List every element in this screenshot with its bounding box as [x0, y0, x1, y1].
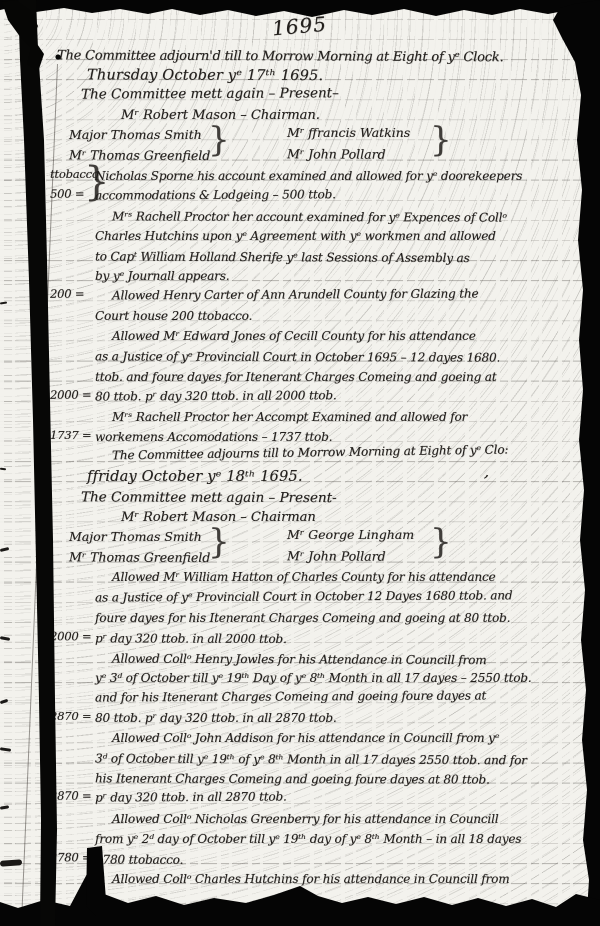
manuscript-line-text: ttob. and foure dayes for Itenerant Char… [95, 370, 496, 384]
manuscript-line-text: Allowed Collᵒ Charles Hutchins for his a… [112, 872, 509, 886]
manuscript-line: 2000 =pʳ day 320 ttob. in all 2000 ttob. [0, 627, 588, 649]
manuscript-line-text: The Committee mett again – Present– [81, 85, 339, 102]
manuscript-line-text: and for his Itenerant Charges Comeing an… [95, 688, 486, 704]
manuscript-line: Mʳˢ Rachell Proctor her Accompt Examined… [0, 406, 588, 426]
manuscript-line-text: 80 ttob. pʳ day 320 ttob. in all 2000 tt… [95, 388, 337, 403]
manuscript-line-text: Court house 200 ttobacco. [95, 309, 252, 323]
manuscript-line: Allowed Collᵒ John Addison for his atten… [0, 727, 588, 747]
manuscript-lines: The Committee adjourn'd till to Morrow M… [0, 44, 588, 888]
manuscript-line-text: pʳ day 320 ttob. in all 2000 ttob. [95, 631, 287, 646]
manuscript-line: foure dayes for his Itenerant Charges Co… [0, 607, 588, 627]
manuscript-line-text: Mʳˢ Rachell Proctor her Accompt Examined… [112, 410, 467, 424]
margin-amount: 200 = [50, 287, 84, 301]
manuscript-line-text: Allowed Mʳ Edward Jones of Cecill County… [112, 329, 476, 343]
manuscript-line-text: as a Justice of yᵉ Provinciall Court in … [95, 350, 500, 365]
margin-amount: 2780 = [50, 850, 91, 864]
margin-amount: 500 = [50, 186, 84, 200]
manuscript-line: 2870 =80 ttob. pʳ day 320 ttob. in all 2… [0, 707, 588, 727]
manuscript-line-text: 2780 ttobacco. [95, 852, 183, 866]
margin-amount: 1737 = [50, 428, 91, 442]
manuscript-line: 2870 =pʳ day 320 ttob. in all 2870 ttob. [0, 784, 588, 807]
attendee-names-row: Major Thomas SmithMʳ ffrancis Watkins}} [0, 124, 588, 144]
margin-amount: 2000 = [50, 629, 91, 643]
attendee-name: Mʳ George Lingham [287, 527, 414, 542]
manuscript-line-text: Nicholas Sporne his account examined and… [95, 169, 522, 183]
manuscript-line: 200 =Allowed Henry Carter of Ann Arundel… [0, 282, 588, 305]
attendee-name: Major Thomas Smith [69, 127, 202, 142]
manuscript-line: and for his Itenerant Charges Comeing an… [0, 684, 588, 707]
manuscript-line: Allowed Mʳ Edward Jones of Cecill County… [0, 325, 588, 345]
margin-amount: 2870 = [50, 789, 91, 803]
manuscript-line-text: accommodations & Lodgeing – 500 ttob. [95, 187, 336, 202]
manuscript-line: as a Justice of yᵉ Provinciall Court in … [0, 583, 588, 606]
manuscript-line-text: pʳ day 320 ttob. in all 2870 ttob. [95, 790, 287, 805]
scanned-manuscript-page: 1695 The Committee adjourn'd till to Mor… [0, 0, 600, 926]
manuscript-line-text: 3ᵈ of October till yᵉ 19ᵗʰ of yᵉ 8ᵗʰ Mon… [95, 752, 527, 768]
manuscript-line-text: Allowed Collᵒ Henry Jowles for his Atten… [112, 651, 487, 667]
manuscript-line: as a Justice of yᵉ Provinciall Court in … [0, 345, 588, 367]
attendee-name: Mʳ John Pollard [287, 549, 386, 564]
manuscript-line: 2000 =80 ttob. pʳ day 320 ttob. in all 2… [0, 383, 588, 406]
manuscript-line-text: foure dayes for his Itenerant Charges Co… [95, 611, 510, 625]
margin-amount: 2870 = [50, 709, 91, 723]
attendee-name: Major Thomas Smith [69, 529, 202, 544]
manuscript-line-text: from yᵉ 2ᵈ day of October till yᵉ 19ᵗʰ d… [95, 832, 521, 846]
manuscript-line-text: Charles Hutchins upon yᵉ Agreement with … [95, 229, 496, 243]
manuscript-line: Court house 200 ttobacco. [0, 305, 588, 325]
manuscript-line-text: as a Justice of yᵉ Provinciall Court in … [95, 588, 512, 604]
manuscript-line: The Committee mett again – Present- [0, 486, 588, 508]
manuscript-line-text: Allowed Collᵒ John Addison for his atten… [112, 731, 499, 745]
manuscript-line-text: Allowed Mʳ William Hatton of Charles Cou… [112, 570, 496, 584]
manuscript-line: Allowed Collᵒ Nicholas Greenberry for hi… [0, 808, 588, 828]
manuscript-line-text: to Capᵗ William Holland Sherife yᵉ last … [95, 249, 470, 265]
attendee-name: Mʳ John Pollard [287, 147, 386, 162]
manuscript-line: Mʳ Robert Mason – Chairman [0, 506, 588, 526]
margin-brace-glyph: } [84, 162, 109, 202]
manuscript-line-text: The Committee adjourns till to Morrow Mo… [112, 442, 508, 462]
manuscript-line: Mʳ Robert Mason – Chairman. [0, 104, 588, 124]
manuscript-line: Allowed Collᵒ Charles Hutchins for his a… [0, 868, 588, 888]
manuscript-line-text: Allowed Henry Carter of Ann Arundell Cou… [112, 287, 478, 303]
attendee-name: Mʳ ffrancis Watkins [287, 125, 410, 140]
manuscript-line: The Committee adjourn'd till to Morrow M… [0, 44, 588, 67]
manuscript-line-text: Allowed Collᵒ Nicholas Greenberry for hi… [112, 812, 499, 826]
manuscript-line: Charles Hutchins upon yᵉ Agreement with … [0, 225, 588, 245]
year-heading: 1695 [271, 12, 328, 41]
margin-amount: 2000 = [50, 387, 91, 401]
manuscript-line: The Committee mett again – Present– [0, 81, 588, 104]
manuscript-line-text: ffriday October yᵉ 18ᵗʰ 1695. [87, 469, 303, 485]
attendee-names-row: Major Thomas SmithMʳ George Lingham}} [0, 526, 588, 546]
manuscript-line-text: Mʳˢ Rachell Proctor her account examined… [112, 209, 507, 224]
manuscript-line-text: The Committee mett again – Present- [81, 489, 337, 506]
attendee-name: Mʳ Thomas Greenfield [69, 550, 210, 566]
manuscript-line-text: by yᵉ Journall appears. [95, 269, 229, 283]
manuscript-line: from yᵉ 2ᵈ day of October till yᵉ 19ᵗʰ d… [0, 828, 588, 848]
manuscript-line-text: The Committee adjourn'd till to Morrow M… [57, 48, 503, 65]
manuscript-line-text: 80 ttob. pʳ day 320 ttob. in all 2870 tt… [95, 711, 337, 725]
manuscript-line: ffriday October yᵉ 18ᵗʰ 1695. [0, 466, 588, 486]
manuscript-line-text: yᵉ 3ᵈ of October till yᵉ 19ᵗʰ Day of yᵉ … [95, 671, 531, 685]
manuscript-line: Mʳˢ Rachell Proctor her account examined… [0, 205, 588, 227]
